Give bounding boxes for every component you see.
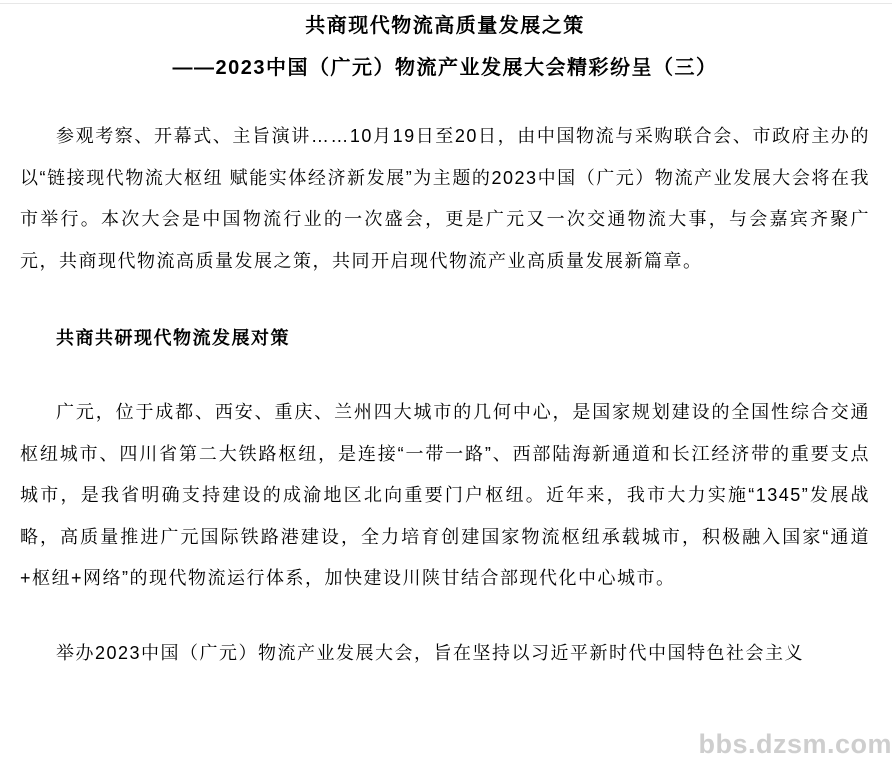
section-heading: 共商共研现代物流发展对策 bbox=[20, 324, 870, 352]
paragraph-guangyuan-overview: 广元，位于成都、西安、重庆、兰州四大城市的几何中心，是国家规划建设的全国性综合交… bbox=[20, 392, 870, 600]
paragraph-conference-purpose: 举办2023中国（广元）物流产业发展大会，旨在坚持以习近平新时代中国特色社会主义 bbox=[20, 633, 870, 675]
article-body: 共商现代物流高质量发展之策 ——2023中国（广元）物流产业发展大会精彩纷呈（三… bbox=[0, 13, 892, 674]
site-watermark: bbs.dzsm.com bbox=[698, 729, 892, 757]
top-divider-line bbox=[0, 3, 892, 4]
article-page: 共商现代物流高质量发展之策 ——2023中国（广元）物流产业发展大会精彩纷呈（三… bbox=[0, 0, 892, 757]
article-title: 共商现代物流高质量发展之策 bbox=[20, 13, 870, 39]
article-subtitle: ——2023中国（广元）物流产业发展大会精彩纷呈（三） bbox=[20, 55, 870, 81]
paragraph-intro: 参观考察、开幕式、主旨演讲……10月19日至20日，由中国物流与采购联合会、市政… bbox=[20, 116, 870, 282]
